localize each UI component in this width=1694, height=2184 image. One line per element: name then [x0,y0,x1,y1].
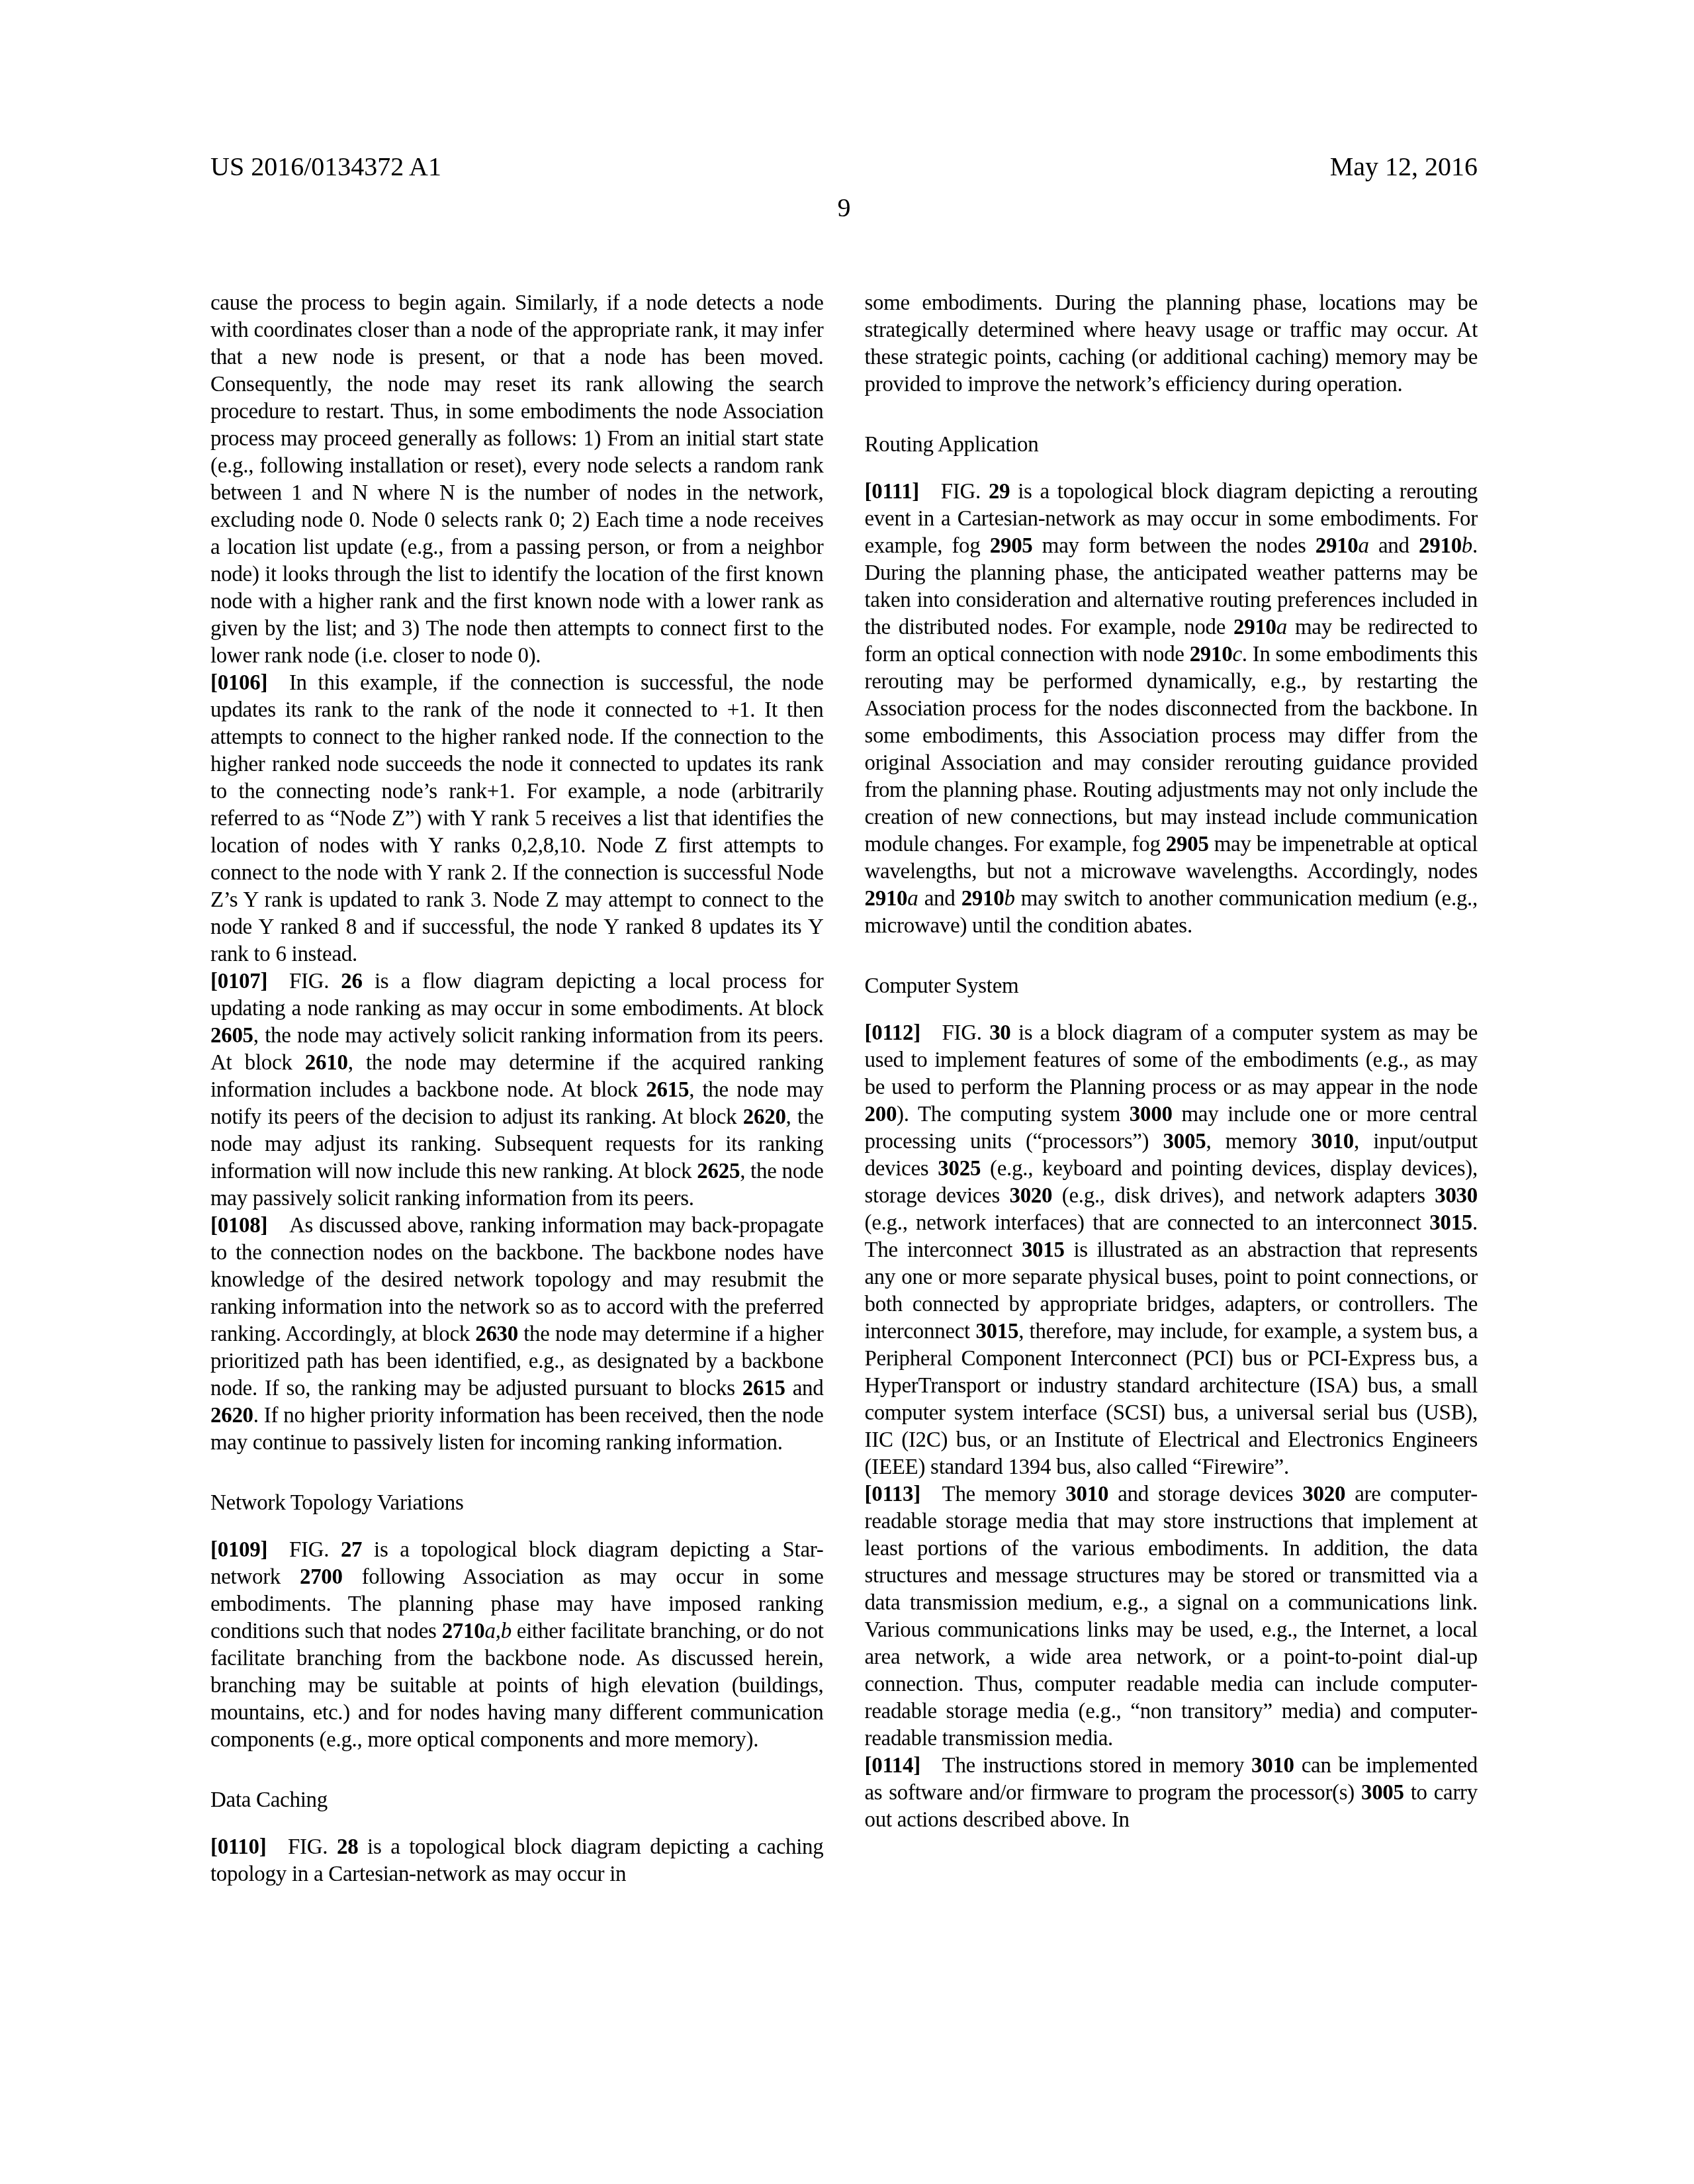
paragraph: [0114] The instructions stored in memory… [865,1752,1478,1834]
page-number: 9 [210,192,1478,224]
section-heading: Network Topology Variations [210,1490,824,1517]
paragraph: some embodiments. During the planning ph… [865,290,1478,398]
right-column: some embodiments. During the planning ph… [865,290,1478,1888]
publication-date: May 12, 2016 [1330,151,1478,183]
patent-number: US 2016/0134372 A1 [210,151,441,183]
paragraph: [0107] FIG. 26 is a flow diagram depicti… [210,968,824,1212]
paragraph: [0106] In this example, if the connectio… [210,670,824,968]
patent-page: US 2016/0134372 A1 May 12, 2016 9 cause … [0,0,1694,2184]
paragraph: [0110] FIG. 28 is a topological block di… [210,1834,824,1888]
section-heading: Routing Application [865,432,1478,459]
two-column-body: cause the process to begin again. Simila… [210,290,1478,1888]
paragraph: [0109] FIG. 27 is a topological block di… [210,1537,824,1754]
section-heading: Data Caching [210,1787,824,1814]
paragraph: [0113] The memory 3010 and storage devic… [865,1481,1478,1752]
paragraph: [0112] FIG. 30 is a block diagram of a c… [865,1020,1478,1481]
page-header: US 2016/0134372 A1 May 12, 2016 [210,151,1478,183]
left-column: cause the process to begin again. Simila… [210,290,824,1888]
paragraph: cause the process to begin again. Simila… [210,290,824,670]
paragraph: [0111] FIG. 29 is a topological block di… [865,478,1478,940]
paragraph: [0108] As discussed above, ranking infor… [210,1212,824,1457]
section-heading: Computer System [865,973,1478,1000]
